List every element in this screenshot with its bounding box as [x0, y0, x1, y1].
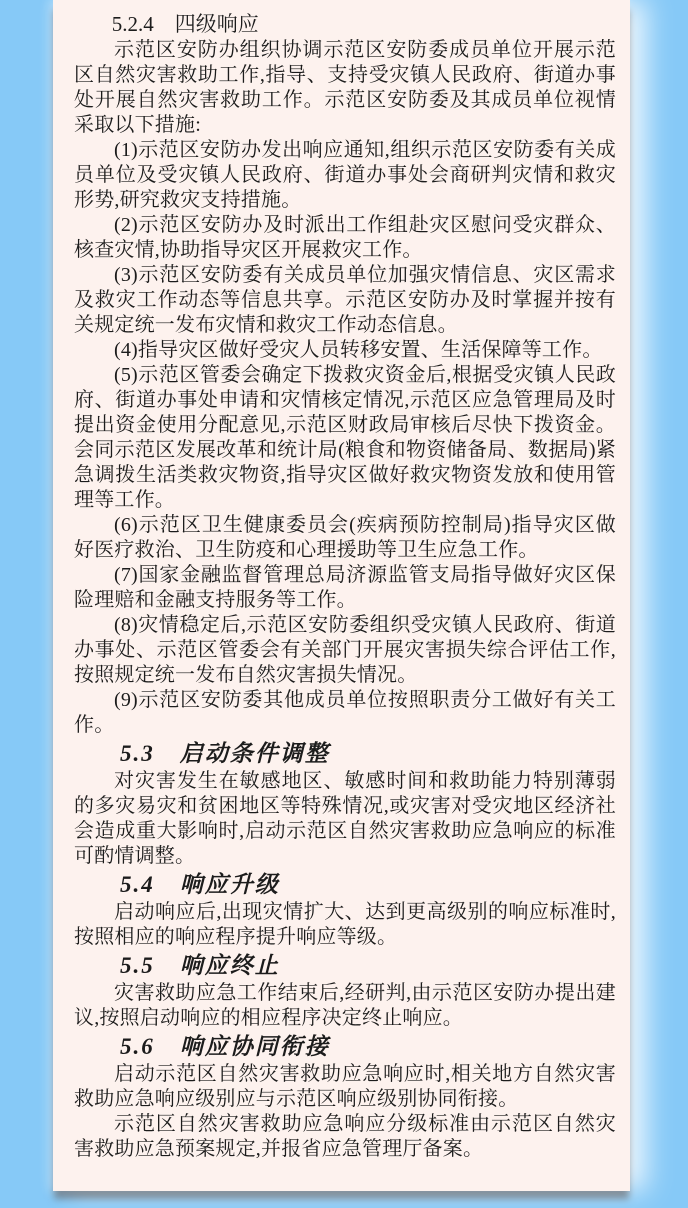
- paragraph: 启动示范区自然灾害救助应急响应时,相关地方自然灾害救助应急响应级别应与示范区响应…: [74, 1062, 616, 1112]
- paragraph: 启动响应后,出现灾情扩大、达到更高级别的响应标准时,按照相应的响应程序提升响应等…: [74, 900, 616, 950]
- paragraph: (5)示范区管委会确定下拨救灾资金后,根据受灾镇人民政府、街道办事处申请和灾情核…: [74, 363, 616, 513]
- section-heading: 5.6 响应协同衔接: [74, 1031, 616, 1062]
- paragraph: 示范区自然灾害救助应急响应分级标准由示范区自然灾害救助应急预案规定,并报省应急管…: [74, 1112, 616, 1162]
- section-heading: 5.3 启动条件调整: [74, 738, 616, 769]
- paragraph: (3)示范区安防委有关成员单位加强灾情信息、灾区需求及救灾工作动态等信息共享。示…: [74, 263, 616, 338]
- paragraph: (7)国家金融监督管理总局济源监管支局指导做好灾区保险理赔和金融支持服务等工作。: [74, 563, 616, 613]
- paragraph: 对灾害发生在敏感地区、敏感时间和救助能力特别薄弱的多灾易灾和贫困地区等特殊情况,…: [74, 769, 616, 869]
- paragraph: (8)灾情稳定后,示范区安防委组织受灾镇人民政府、街道办事处、示范区管委会有关部…: [74, 613, 616, 688]
- document-content: 5.2.4 四级响应示范区安防办组织协调示范区安防委成员单位开展示范区自然灾害救…: [53, 0, 630, 1162]
- document-page: 5.2.4 四级响应示范区安防办组织协调示范区安防委成员单位开展示范区自然灾害救…: [53, 0, 630, 1191]
- section-heading: 5.4 响应升级: [74, 869, 616, 900]
- paragraph: (4)指导灾区做好受灾人员转移安置、生活保障等工作。: [74, 338, 616, 363]
- paragraph: 灾害救助应急工作结束后,经研判,由示范区安防办提出建议,按照启动响应的相应程序决…: [74, 981, 616, 1031]
- paragraph: (9)示范区安防委其他成员单位按照职责分工做好有关工作。: [74, 688, 616, 738]
- section-heading: 5.2.4 四级响应: [74, 10, 616, 38]
- page-background: { "colors": { "canvas_blue": "#86c9f7", …: [0, 0, 688, 1208]
- paragraph: (1)示范区安防办发出响应通知,组织示范区安防委有关成员单位及受灾镇人民政府、街…: [74, 138, 616, 213]
- paragraph: (6)示范区卫生健康委员会(疾病预防控制局)指导灾区做好医疗救治、卫生防疫和心理…: [74, 513, 616, 563]
- paragraph: (2)示范区安防办及时派出工作组赴灾区慰问受灾群众、核查灾情,协助指导灾区开展救…: [74, 213, 616, 263]
- section-heading: 5.5 响应终止: [74, 950, 616, 981]
- paragraph: 示范区安防办组织协调示范区安防委成员单位开展示范区自然灾害救助工作,指导、支持受…: [74, 38, 616, 138]
